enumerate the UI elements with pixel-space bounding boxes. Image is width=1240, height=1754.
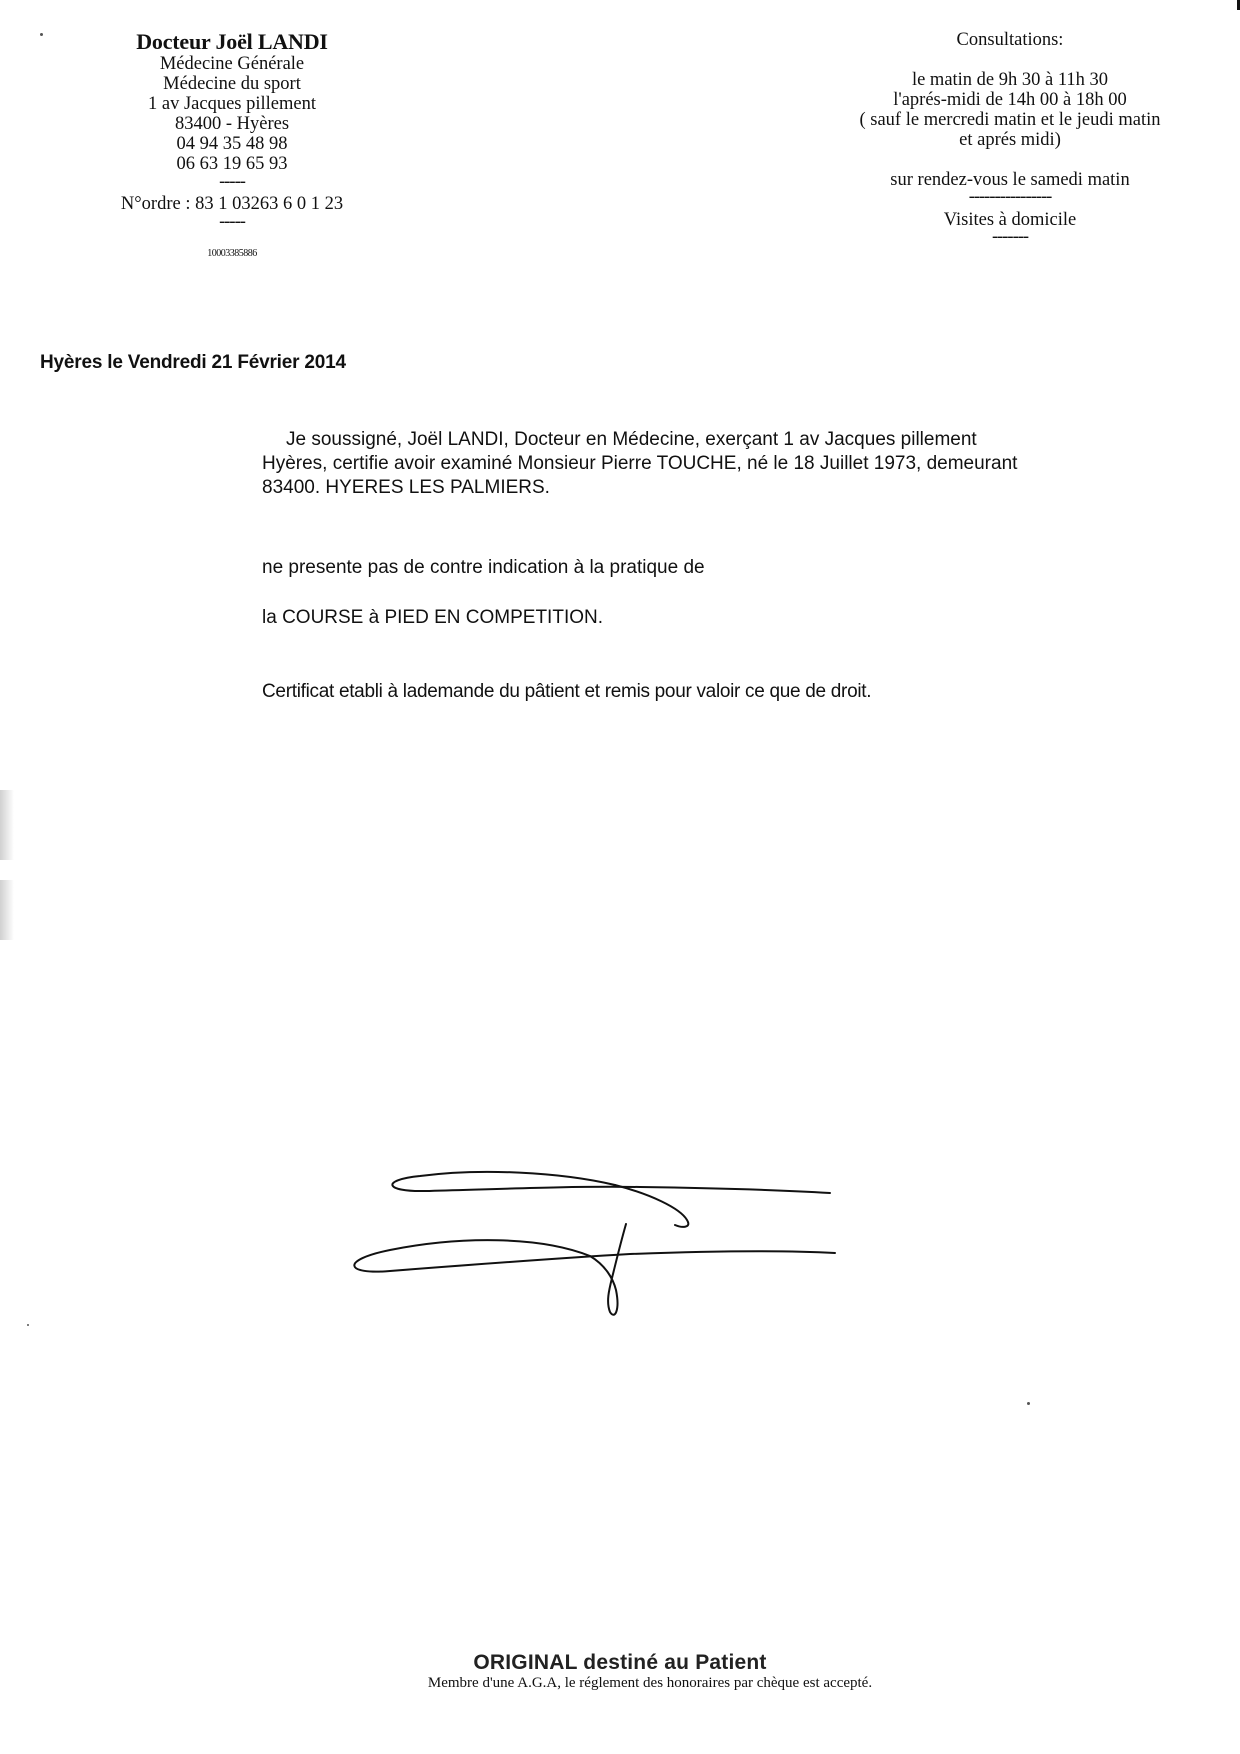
consultation-hours: Consultations: le matin de 9h 30 à 11h 3… — [830, 30, 1190, 250]
specialty-general: Médecine Générale — [82, 54, 382, 74]
attestation-paragraph: Je soussigné, Joël LANDI, Docteur en Méd… — [262, 428, 1122, 500]
attestation-line: Je soussigné, Joël LANDI, Docteur en Méd… — [262, 428, 1122, 452]
closing-statement: Certificat etabli à lademande du pâtient… — [262, 680, 871, 704]
scan-edge-shadow — [0, 880, 14, 940]
phone-landline: 04 94 35 48 98 — [82, 134, 382, 154]
sport-activity: la COURSE à PIED EN COMPETITION. — [262, 606, 603, 630]
spacer — [830, 150, 1190, 170]
address-street: 1 av Jacques pillement — [82, 94, 382, 114]
phone-mobile: 06 63 19 65 93 — [82, 154, 382, 174]
scan-edge-shadow — [0, 790, 14, 860]
separator: ------- — [830, 230, 1190, 250]
attestation-line: Hyères, certifie avoir examiné Monsieur … — [262, 452, 1122, 476]
scan-speck — [40, 33, 43, 36]
specialty-sport: Médecine du sport — [82, 74, 382, 94]
scan-speck — [27, 1324, 29, 1326]
separator: ----- — [82, 174, 382, 194]
spacer — [830, 50, 1190, 70]
aga-notice: Membre d'une A.G.A, le réglement des hon… — [60, 1674, 1240, 1692]
document-date: Hyères le Vendredi 21 Février 2014 — [40, 352, 346, 374]
scan-speck — [1027, 1402, 1030, 1405]
reference-number: 10003385886 — [82, 248, 382, 260]
signature — [330, 1150, 870, 1330]
attestation-line: 83400. HYERES LES PALMIERS. — [262, 476, 1122, 500]
separator: ----- — [82, 214, 382, 234]
certificate-body: Je soussigné, Joël LANDI, Docteur en Méd… — [262, 428, 1122, 500]
footer: ORIGINAL destiné au Patient Membre d'une… — [0, 1652, 1240, 1692]
hours-exception: ( sauf le mercredi matin et le jeudi mat… — [830, 110, 1190, 130]
separator: ---------------- — [830, 190, 1190, 210]
order-number: N°ordre : 83 1 03263 6 0 1 23 — [82, 194, 382, 214]
doctor-name: Docteur Joël LANDI — [82, 30, 382, 54]
address-city: 83400 - Hyères — [82, 114, 382, 134]
consultations-title: Consultations: — [830, 30, 1190, 50]
hours-morning: le matin de 9h 30 à 11h 30 — [830, 70, 1190, 90]
contraindication-statement: ne presente pas de contre indication à l… — [262, 556, 705, 580]
signature-icon — [330, 1150, 870, 1330]
original-notice: ORIGINAL destiné au Patient — [0, 1652, 1240, 1674]
hours-afternoon: l'aprés-midi de 14h 00 à 18h 00 — [830, 90, 1190, 110]
letterhead: Docteur Joël LANDI Médecine Générale Méd… — [82, 30, 382, 260]
hours-exception-cont: et aprés midi) — [830, 130, 1190, 150]
